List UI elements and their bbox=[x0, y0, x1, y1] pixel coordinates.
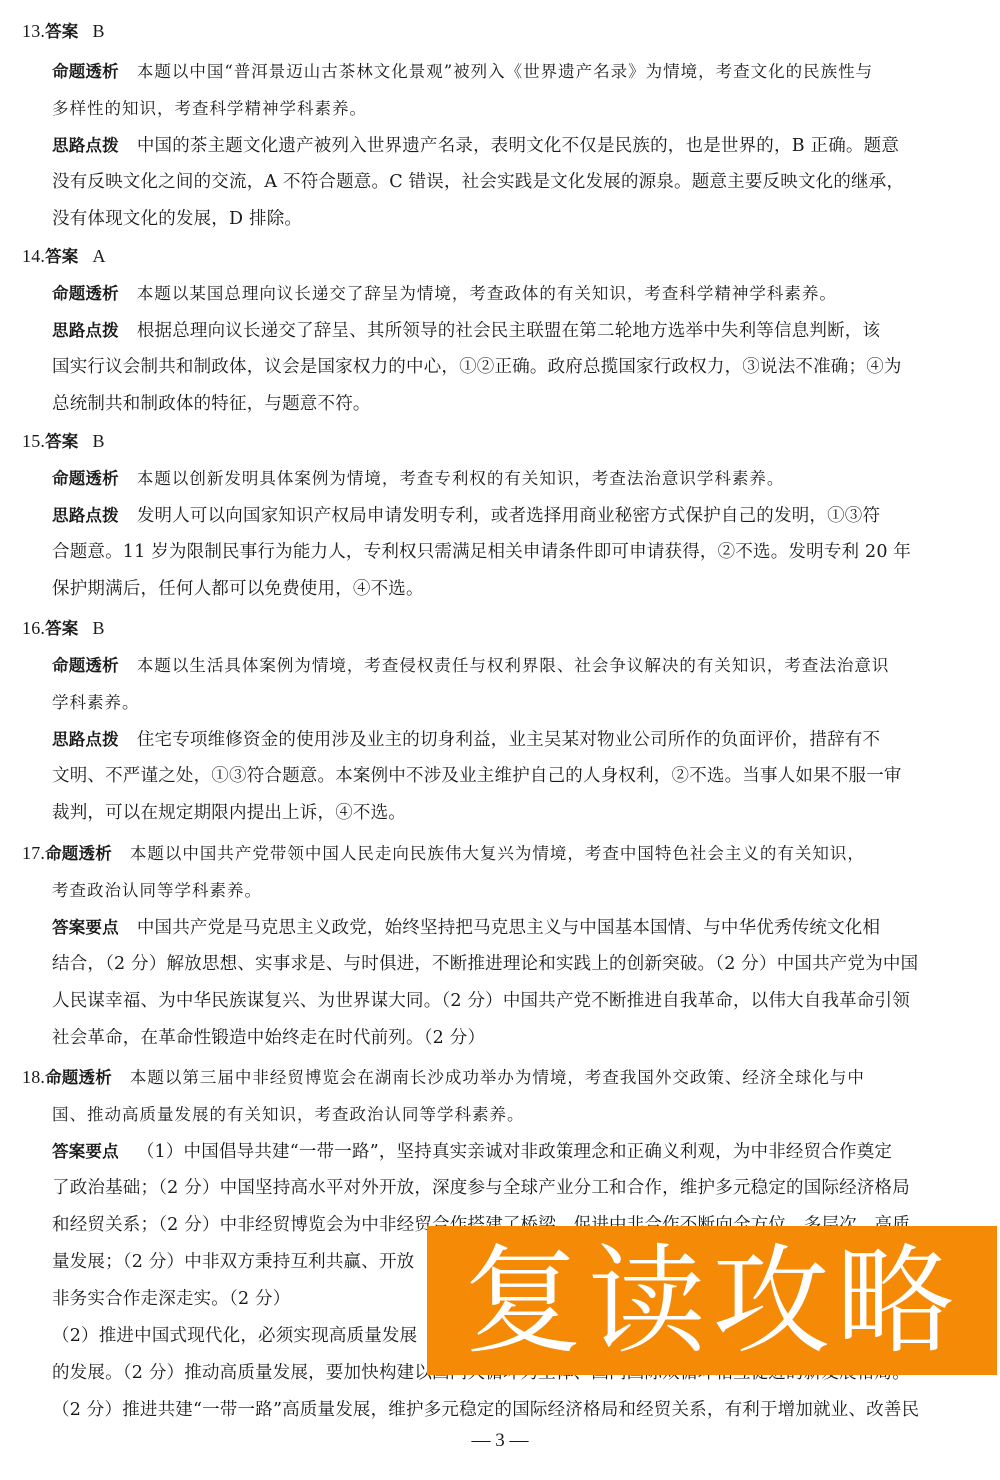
text-line: 国、推动高质量发展的有关知识，考查政治认同等学科素养。 bbox=[52, 1096, 982, 1133]
answer-value: A bbox=[93, 246, 106, 266]
text-line: 本题以第三届中非经贸博览会在湖南长沙成功举办为情境，考查我国外交政策、经济全球化… bbox=[130, 1068, 865, 1087]
text-line: 了政治基础；（2 分）中国坚持高水平对外开放，深度参与全球产业分工和合作，维护多… bbox=[52, 1170, 982, 1207]
analysis-label: 命题透析 bbox=[52, 62, 119, 81]
text-line: 住宅专项维修资金的使用涉及业主的切身利益，业主吴某对物业公司所作的负面评价，措辞… bbox=[137, 730, 880, 750]
watermark-text: 复读攻略 bbox=[464, 1242, 960, 1360]
analysis-label: 命题透析 bbox=[45, 844, 112, 863]
q15-hint: 思路点拨发明人可以向国家知识产权局申请发明专利，或者选择用商业秘密方式保护自己的… bbox=[52, 497, 982, 534]
analysis-label: 命题透析 bbox=[52, 469, 119, 488]
text-line: 裁判，可以在规定期限内提出上诉，④不选。 bbox=[52, 795, 982, 832]
text-line: 本题以中国“普洱景迈山古茶林文化景观”被列入《世界遗产名录》为情境，考查文化的民… bbox=[137, 62, 873, 81]
text-line: 保护期满后，任何人都可以免费使用，④不选。 bbox=[52, 571, 982, 608]
text-line: 社会革命，在革命性锻造中始终走在时代前列。（2 分） bbox=[52, 1020, 982, 1057]
q16-hint: 思路点拨住宅专项维修资金的使用涉及业主的切身利益，业主吴某对物业公司所作的负面评… bbox=[52, 721, 982, 758]
answer-label: 答案 bbox=[45, 432, 78, 451]
text-line: 考查政治认同等学科素养。 bbox=[52, 872, 982, 909]
watermark-banner: 复读攻略 bbox=[427, 1226, 997, 1375]
question-number: 17. bbox=[22, 843, 45, 863]
text-line: 发明人可以向国家知识产权局申请发明专利，或者选择用商业秘密方式保护自己的发明，①… bbox=[137, 506, 880, 526]
hint-label: 思路点拨 bbox=[52, 321, 119, 340]
hint-label: 思路点拨 bbox=[52, 730, 119, 749]
answer-value: B bbox=[93, 618, 105, 638]
q13-hint: 思路点拨中国的茶主题文化遗产被列入世界遗产名录，表明文化不仅是民族的，也是世界的… bbox=[52, 127, 982, 164]
text-line: 没有体现文化的发展，D 排除。 bbox=[52, 201, 982, 238]
text-line: 本题以生活具体案例为情境，考查侵权责任与权利界限、社会争议解决的有关知识，考查法… bbox=[137, 656, 890, 675]
text-line: 结合，（2 分）解放思想、实事求是、与时俱进，不断推进理论和实践上的创新突破。（… bbox=[52, 946, 982, 983]
answer-value: B bbox=[93, 431, 105, 451]
q14-hint: 思路点拨根据总理向议长递交了辞呈、其所领导的社会民主联盟在第二轮地方选举中失利等… bbox=[52, 312, 982, 349]
text-line: 本题以中国共产党带领中国人民走向民族伟大复兴为情境，考查中国特色社会主义的有关知… bbox=[130, 844, 865, 863]
q15-analysis: 命题透析本题以创新发明具体案例为情境，考查专利权的有关知识，考查法治意识学科素养… bbox=[52, 460, 982, 497]
answer-label: 答案 bbox=[45, 247, 78, 266]
q17-key-points: 答案要点中国共产党是马克思主义政党，始终坚持把马克思主义与中国基本国情、与中华优… bbox=[52, 909, 982, 946]
key-points-label: 答案要点 bbox=[52, 918, 119, 937]
q18-key-points: 答案要点（1）中国倡导共建“一带一路”，坚持真实亲诚对非政策理念和正确义利观，为… bbox=[52, 1133, 982, 1170]
question-number: 14. bbox=[22, 246, 45, 266]
q14-answer-line: 14.答案A bbox=[22, 238, 952, 275]
hint-label: 思路点拨 bbox=[52, 506, 119, 525]
q13-answer-line: 13.答案B bbox=[22, 13, 952, 50]
q18-analysis: 18.命题透析本题以第三届中非经贸博览会在湖南长沙成功举办为情境，考查我国外交政… bbox=[22, 1059, 952, 1096]
text-line: 总统制共和制政体的特征，与题意不符。 bbox=[52, 386, 982, 423]
text-line: 没有反映文化之间的交流，A 不符合题意。C 错误，社会实践是文化发展的源泉。题意… bbox=[52, 164, 982, 201]
answer-label: 答案 bbox=[45, 22, 78, 41]
q13-analysis: 命题透析本题以中国“普洱景迈山古茶林文化景观”被列入《世界遗产名录》为情境，考查… bbox=[52, 53, 982, 90]
text-line: 学科素养。 bbox=[52, 684, 982, 721]
text-line: 中国共产党是马克思主义政党，始终坚持把马克思主义与中国基本国情、与中华优秀传统文… bbox=[137, 918, 880, 938]
analysis-label: 命题透析 bbox=[52, 284, 119, 303]
text-line: 本题以某国总理向议长递交了辞呈为情境，考查政体的有关知识，考查科学精神学科素养。 bbox=[137, 284, 837, 303]
text-line: 根据总理向议长递交了辞呈、其所领导的社会民主联盟在第二轮地方选举中失利等信息判断… bbox=[137, 321, 880, 341]
answer-key-page: 13.答案B 命题透析本题以中国“普洱景迈山古茶林文化景观”被列入《世界遗产名录… bbox=[0, 0, 1000, 1480]
text-line: 文明、不严谨之处，①③符合题意。本案例中不涉及业主维护自己的人身权利，②不选。当… bbox=[52, 758, 982, 795]
q16-analysis: 命题透析本题以生活具体案例为情境，考查侵权责任与权利界限、社会争议解决的有关知识… bbox=[52, 647, 982, 684]
text-line: 多样性的知识，考查科学精神学科素养。 bbox=[52, 90, 982, 127]
q16-answer-line: 16.答案B bbox=[22, 610, 952, 647]
question-number: 13. bbox=[22, 21, 45, 41]
question-number: 16. bbox=[22, 618, 45, 638]
answer-label: 答案 bbox=[45, 619, 78, 638]
page-number: — 3 — bbox=[0, 1430, 1000, 1452]
text-line: 本题以创新发明具体案例为情境，考查专利权的有关知识，考查法治意识学科素养。 bbox=[137, 469, 785, 488]
text-line: （1）中国倡导共建“一带一路”，坚持真实亲诚对非政策理念和正确义利观，为中非经贸… bbox=[137, 1142, 892, 1162]
q14-analysis: 命题透析本题以某国总理向议长递交了辞呈为情境，考查政体的有关知识，考查科学精神学… bbox=[52, 275, 982, 312]
answer-value: B bbox=[93, 21, 105, 41]
hint-label: 思路点拨 bbox=[52, 136, 119, 155]
text-line: （2 分）推进共建“一带一路”高质量发展，维护多元稳定的国际经济格局和经贸关系，… bbox=[52, 1392, 982, 1429]
key-points-label: 答案要点 bbox=[52, 1142, 119, 1161]
text-line: 国实行议会制共和制政体，议会是国家权力的中心，①②正确。政府总揽国家行政权力，③… bbox=[52, 349, 982, 386]
text-line: 中国的茶主题文化遗产被列入世界遗产名录，表明文化不仅是民族的，也是世界的，B 正… bbox=[137, 136, 899, 156]
question-number: 18. bbox=[22, 1067, 45, 1087]
question-number: 15. bbox=[22, 431, 45, 451]
analysis-label: 命题透析 bbox=[52, 656, 119, 675]
text-line: 人民谋幸福、为中华民族谋复兴、为世界谋大同。（2 分）中国共产党不断推进自我革命… bbox=[52, 983, 982, 1020]
q15-answer-line: 15.答案B bbox=[22, 423, 952, 460]
analysis-label: 命题透析 bbox=[45, 1068, 112, 1087]
text-line: 合题意。11 岁为限制民事行为能力人，专利权只需满足相关申请条件即可申请获得，②… bbox=[52, 534, 982, 571]
q17-analysis: 17.命题透析本题以中国共产党带领中国人民走向民族伟大复兴为情境，考查中国特色社… bbox=[22, 835, 952, 872]
